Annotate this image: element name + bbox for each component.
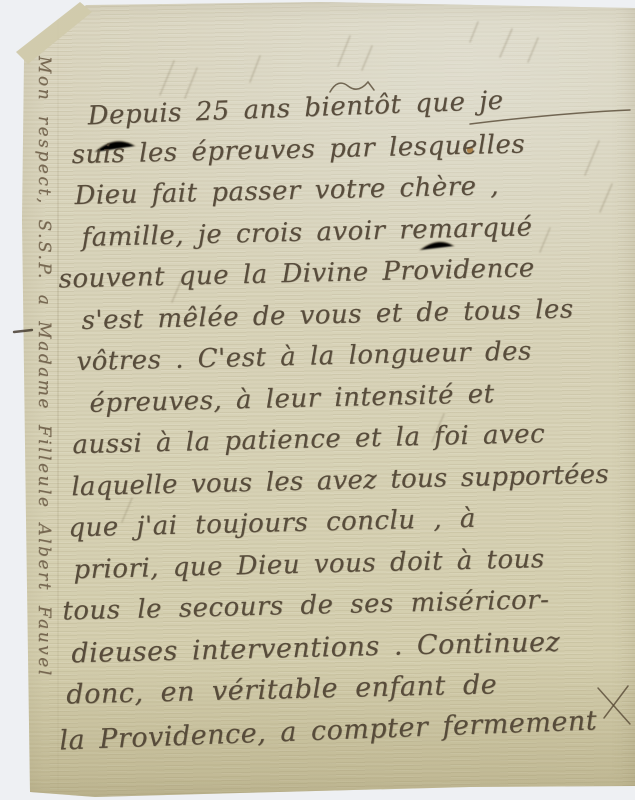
letter-photo: Depuis 25 ans bientôt que je suis les ép… [0,0,635,800]
margin-note: Mon respect, S.S.P. a Madame Filleule Al… [32,56,56,791]
letter-body: Depuis 25 ans bientôt que je suis les ép… [32,81,622,758]
